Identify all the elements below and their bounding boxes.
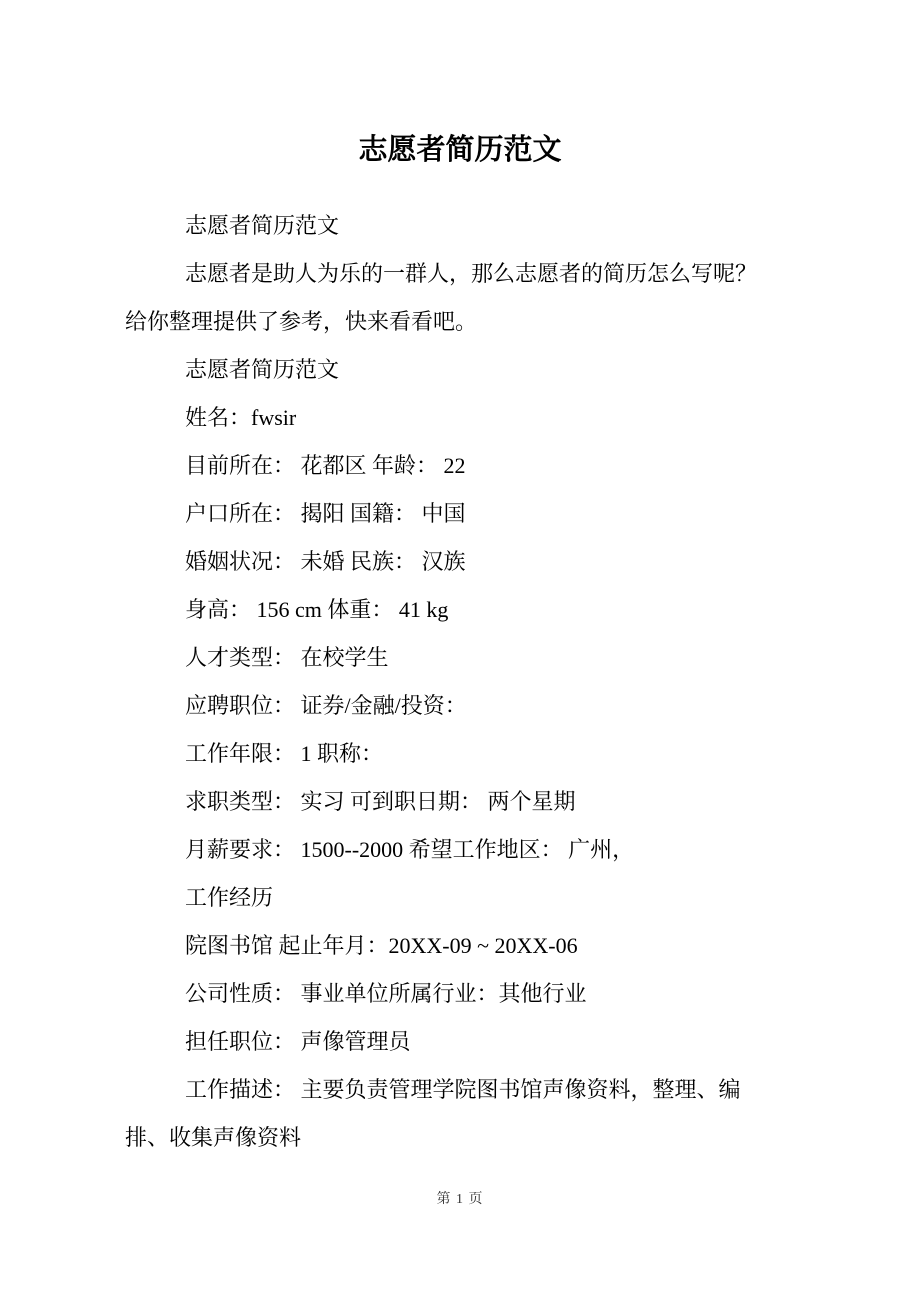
text-line: 人才类型： 在校学生 bbox=[125, 634, 790, 682]
text-line: 公司性质： 事业单位所属行业：其他行业 bbox=[125, 970, 790, 1018]
text-line: 担任职位： 声像管理员 bbox=[125, 1018, 790, 1066]
text-line: 应聘职位： 证券/金融/投资： bbox=[125, 682, 790, 730]
document-body: 志愿者简历范文志愿者是助人为乐的一群人，那么志愿者的简历怎么写呢？给你整理提供了… bbox=[0, 202, 920, 1162]
text-line: 工作经历 bbox=[125, 874, 790, 922]
text-line: 户口所在： 揭阳 国籍： 中国 bbox=[125, 490, 790, 538]
text-line: 月薪要求： 1500--2000 希望工作地区： 广州， bbox=[125, 826, 790, 874]
text-line: 志愿者简历范文 bbox=[125, 346, 790, 394]
text-line: 排、收集声像资料 bbox=[125, 1114, 790, 1162]
document-page: 志愿者简历范文 志愿者简历范文志愿者是助人为乐的一群人，那么志愿者的简历怎么写呢… bbox=[0, 0, 920, 1302]
document-title: 志愿者简历范文 bbox=[0, 0, 920, 168]
text-line: 工作描述： 主要负责管理学院图书馆声像资料，整理、编 bbox=[125, 1066, 790, 1114]
text-line: 求职类型： 实习 可到职日期： 两个星期 bbox=[125, 778, 790, 826]
text-line: 院图书馆 起止年月：20XX-09 ~ 20XX-06 bbox=[125, 922, 790, 970]
text-line: 志愿者简历范文 bbox=[125, 202, 790, 250]
page-number: 第 1 页 bbox=[0, 1190, 920, 1210]
text-line: 目前所在： 花都区 年龄： 22 bbox=[125, 442, 790, 490]
text-line: 婚姻状况： 未婚 民族： 汉族 bbox=[125, 538, 790, 586]
text-line: 给你整理提供了参考，快来看看吧。 bbox=[125, 298, 790, 346]
text-line: 志愿者是助人为乐的一群人，那么志愿者的简历怎么写呢？ bbox=[125, 250, 790, 298]
text-line: 姓名：fwsir bbox=[125, 394, 790, 442]
text-line: 工作年限： 1 职称： bbox=[125, 730, 790, 778]
text-line: 身高： 156 cm 体重： 41 kg bbox=[125, 586, 790, 634]
